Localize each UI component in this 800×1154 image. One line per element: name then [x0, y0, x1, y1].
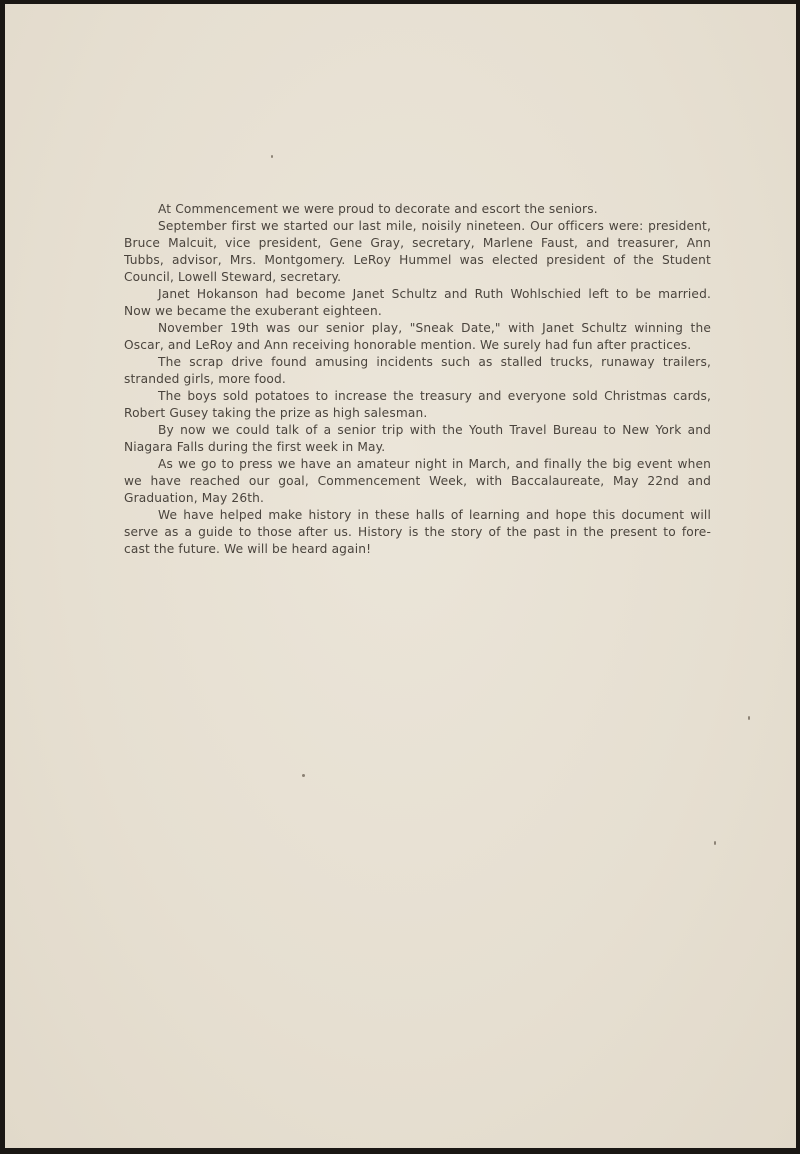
text-line: By now we could talk of a senior trip wi… — [124, 422, 711, 439]
paragraph: September first we started our last mile… — [124, 218, 711, 286]
text-line: We have helped make history in these hal… — [124, 507, 711, 524]
paragraph: The scrap drive found amusing incidents … — [124, 354, 711, 388]
text-line: The boys sold potatoes to increase the t… — [124, 388, 711, 405]
text-line: Graduation, May 26th. — [124, 490, 711, 507]
paragraph: As we go to press we have an amateur nig… — [124, 456, 711, 507]
paragraph: The boys sold potatoes to increase the t… — [124, 388, 711, 422]
text-line: Niagara Falls during the first week in M… — [124, 439, 711, 456]
paragraph: By now we could talk of a senior trip wi… — [124, 422, 711, 456]
body-text: At Commencement we were proud to decorat… — [124, 201, 711, 558]
document-page: At Commencement we were proud to decorat… — [5, 4, 796, 1148]
paragraph: November 19th was our senior play, "Snea… — [124, 320, 711, 354]
text-line: September first we started our last mile… — [124, 218, 711, 235]
paragraph: We have helped make history in these hal… — [124, 507, 711, 558]
paper-speck — [271, 155, 273, 158]
text-line: cast the future. We will be heard again! — [124, 541, 711, 558]
text-line: Council, Lowell Steward, secretary. — [124, 269, 711, 286]
text-line: serve as a guide to those after us. Hist… — [124, 524, 711, 541]
text-line: Bruce Malcuit, vice president, Gene Gray… — [124, 235, 711, 252]
text-line: Tubbs, advisor, Mrs. Montgomery. LeRoy H… — [124, 252, 711, 269]
text-line: As we go to press we have an amateur nig… — [124, 456, 711, 473]
text-line: stranded girls, more food. — [124, 371, 711, 388]
paper-speck — [302, 774, 305, 777]
text-line: Now we became the exuberant eighteen. — [124, 303, 711, 320]
paper-speck — [714, 841, 716, 845]
text-line: Robert Gusey taking the prize as high sa… — [124, 405, 711, 422]
text-line: Janet Hokanson had become Janet Schultz … — [124, 286, 711, 303]
paragraph: At Commencement we were proud to decorat… — [124, 201, 711, 218]
paragraph: Janet Hokanson had become Janet Schultz … — [124, 286, 711, 320]
text-line: At Commencement we were proud to decorat… — [124, 201, 711, 218]
text-line: we have reached our goal, Commencement W… — [124, 473, 711, 490]
text-line: November 19th was our senior play, "Snea… — [124, 320, 711, 337]
text-line: Oscar, and LeRoy and Ann receiving honor… — [124, 337, 711, 354]
paper-speck — [748, 716, 750, 720]
text-line: The scrap drive found amusing incidents … — [124, 354, 711, 371]
